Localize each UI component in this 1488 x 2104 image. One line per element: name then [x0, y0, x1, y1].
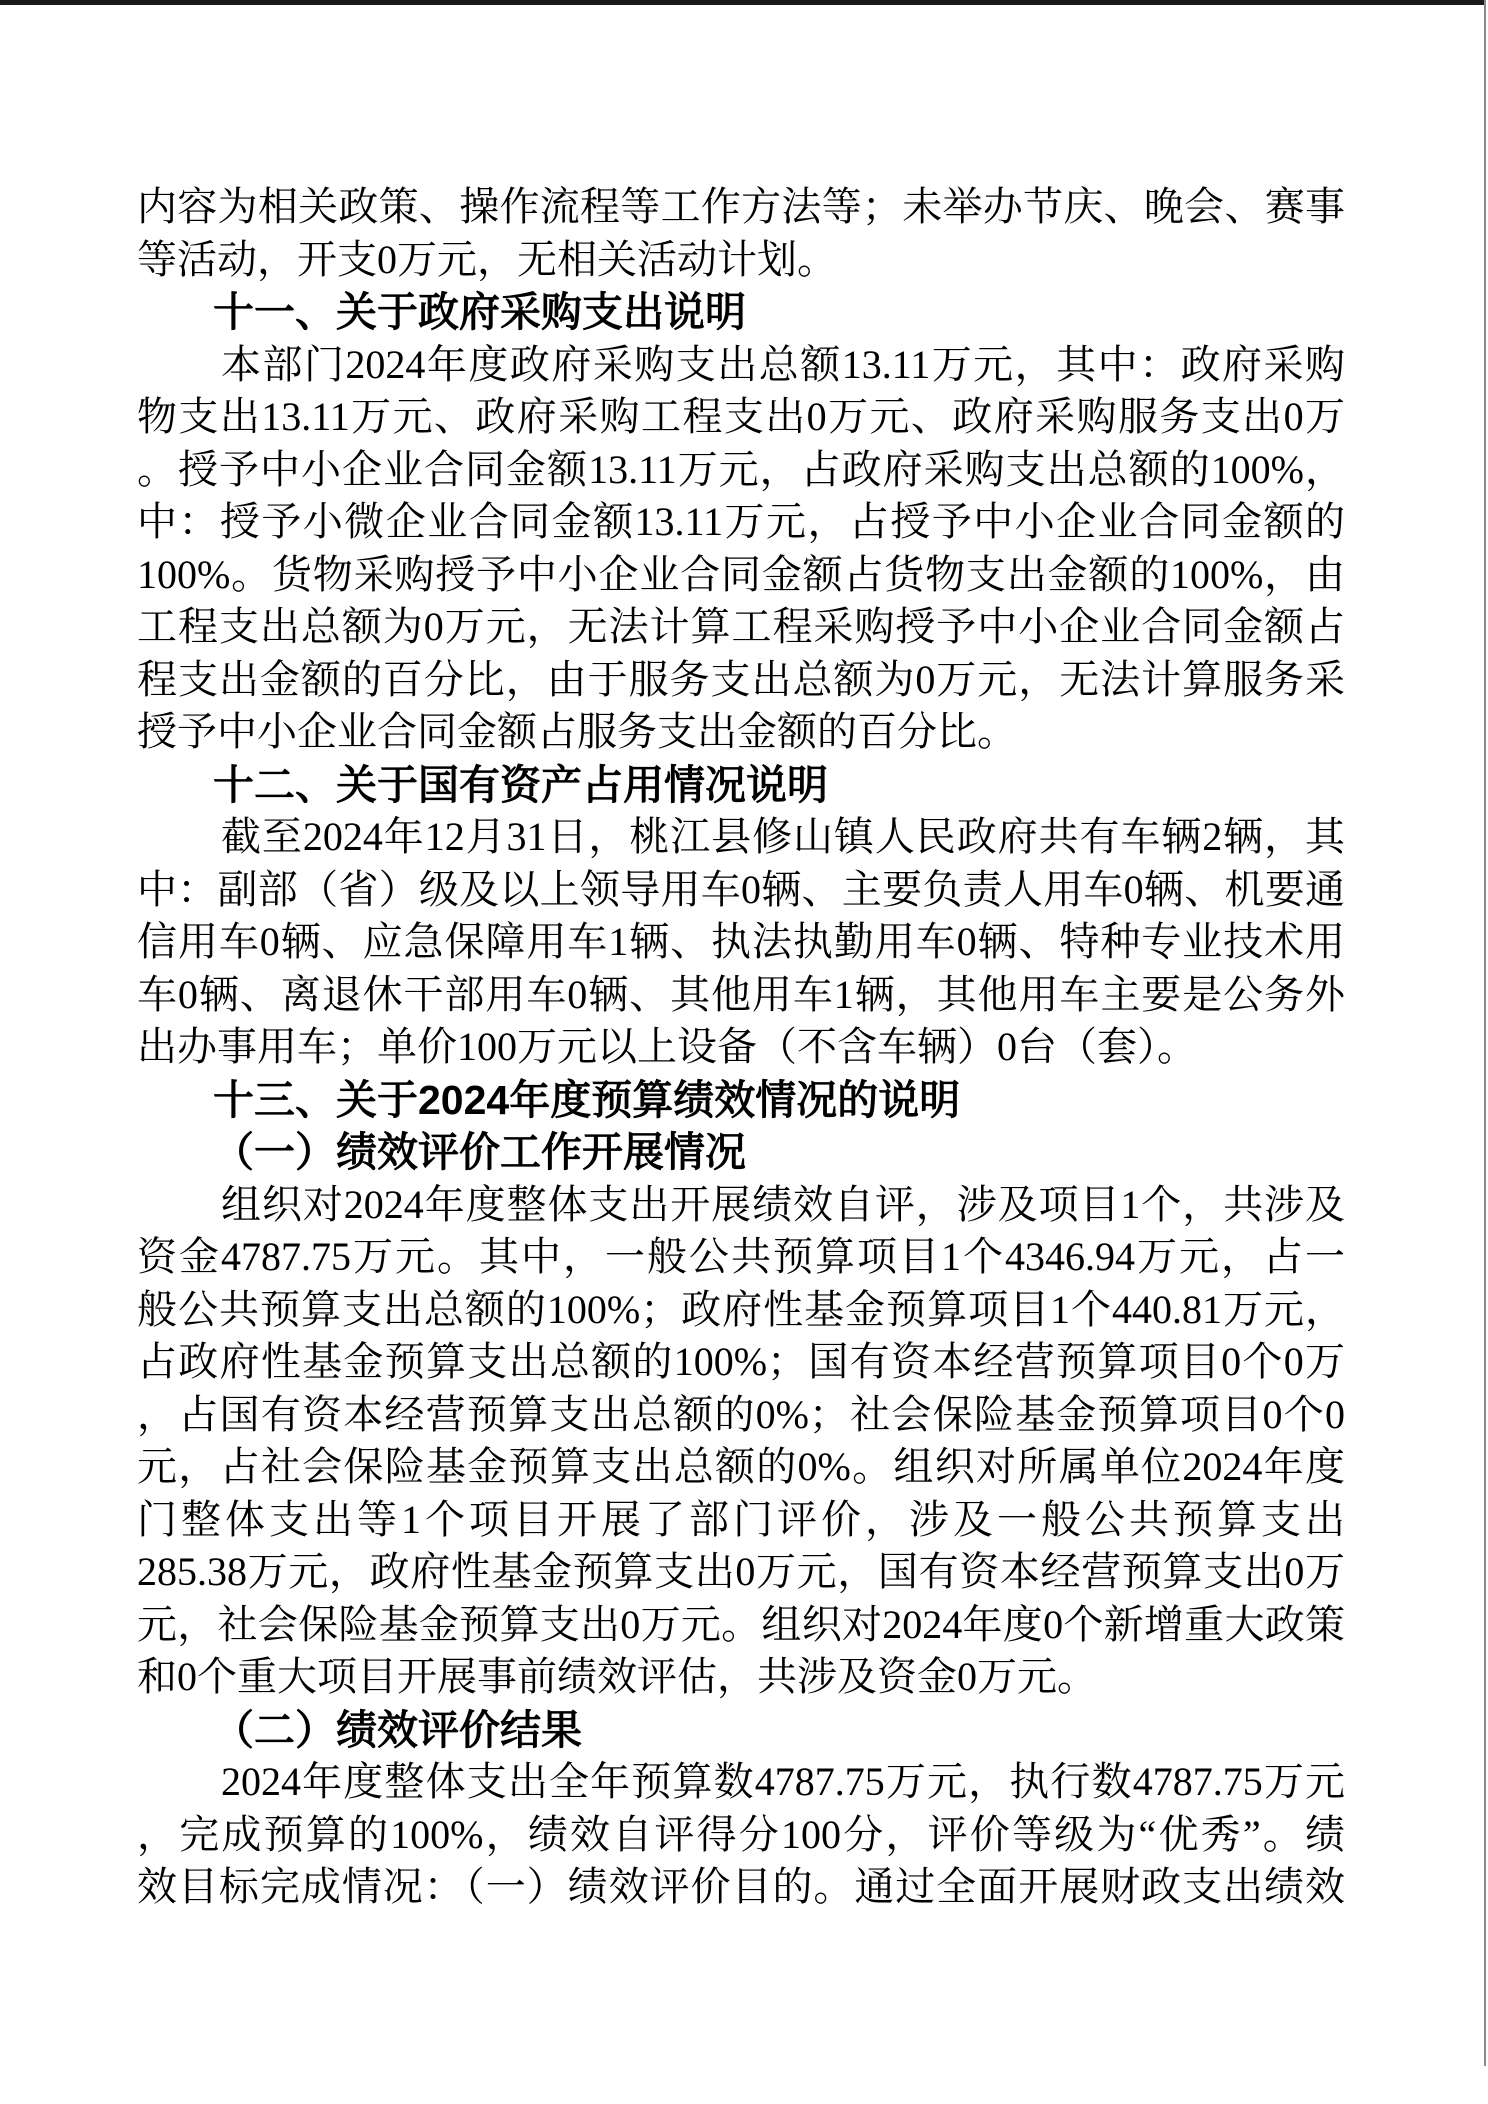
text-line: 出办事用车；单价100万元以上设备（不含车辆）0台（套）。 [137, 1021, 1345, 1074]
text-line: 信用车0辆、应急保障用车1辆、执法执勤用车0辆、特种专业技术用 [137, 916, 1345, 969]
text-line: 285.38万元，政府性基金预算支出0万元，国有资本经营预算支出0万 [137, 1546, 1345, 1599]
text-line: 中：授予小微企业合同金额13.11万元，占授予中小企业合同金额的 [137, 496, 1345, 549]
text-line: 门整体支出等1个项目开展了部门评价，涉及一般公共预算支出 [137, 1494, 1345, 1547]
section-heading: （二）绩效评价结果 [137, 1704, 1345, 1757]
text-line: 效目标完成情况：（一）绩效评价目的。通过全面开展财政支出绩效 [137, 1861, 1345, 1914]
section-heading: 十一、关于政府采购支出说明 [137, 286, 1345, 339]
right-edge-rule [1484, 0, 1486, 2066]
text-line: 和0个重大项目开展事前绩效评估，共涉及资金0万元。 [137, 1651, 1345, 1704]
text-line: 等活动，开支0万元，无相关活动计划。 [137, 234, 1345, 287]
text-line: 中：副部（省）级及以上领导用车0辆、主要负责人用车0辆、机要通 [137, 864, 1345, 917]
text-line: 组织对2024年度整体支出开展绩效自评，涉及项目1个，共涉及 [137, 1179, 1345, 1232]
text-line: 2024年度整体支出全年预算数4787.75万元，执行数4787.75万元 [137, 1756, 1345, 1809]
text-line: ，占国有资本经营预算支出总额的0%；社会保险基金预算项目0个0万 [137, 1389, 1345, 1442]
text-line: 工程支出总额为0万元，无法计算工程采购授予中小企业合同金额占工 [137, 601, 1345, 654]
text-line: 占政府性基金预算支出总额的100%；国有资本经营预算项目0个0万元 [137, 1336, 1345, 1389]
text-line: 元，社会保险基金预算支出0万元。组织对2024年度0个新增重大政策 [137, 1599, 1345, 1652]
section-heading: 十二、关于国有资产占用情况说明 [137, 759, 1345, 812]
text-line: 授予中小企业合同金额占服务支出金额的百分比。 [137, 706, 1345, 759]
text-line: 内容为相关政策、操作流程等工作方法等；未举办节庆、晚会、赛事 [137, 181, 1345, 234]
text-line: 元，占社会保险基金预算支出总额的0%。组织对所属单位2024年度部 [137, 1441, 1345, 1494]
text-line: 资金4787.75万元。其中，一般公共预算项目1个4346.94万元，占一 [137, 1231, 1345, 1284]
text-line: 本部门2024年度政府采购支出总额13.11万元，其中：政府采购货 [137, 339, 1345, 392]
document-page: 内容为相关政策、操作流程等工作方法等；未举办节庆、晚会、赛事 等活动，开支0万元… [0, 0, 1488, 2104]
text-line: 截至2024年12月31日，桃江县修山镇人民政府共有车辆2辆，其 [137, 811, 1345, 864]
top-edge-bar [0, 0, 1486, 5]
section-heading: 十三、关于2024年度预算绩效情况的说明 [137, 1074, 1345, 1127]
text-line: 。授予中小企业合同金额13.11万元，占政府采购支出总额的100%，其 [137, 444, 1345, 497]
text-line: 般公共预算支出总额的100%；政府性基金预算项目1个440.81万元， [137, 1284, 1345, 1337]
section-heading: （一）绩效评价工作开展情况 [137, 1126, 1345, 1179]
text-line: 车0辆、离退休干部用车0辆、其他用车1辆，其他用车主要是公务外 [137, 969, 1345, 1022]
text-line: 100%。货物采购授予中小企业合同金额占货物支出金额的100%，由于 [137, 549, 1345, 602]
document-text-block: 内容为相关政策、操作流程等工作方法等；未举办节庆、晚会、赛事 等活动，开支0万元… [137, 181, 1345, 1914]
text-line: ，完成预算的100%，绩效自评得分100分，评价等级为“优秀”。绩 [137, 1809, 1345, 1862]
text-line: 物支出13.11万元、政府采购工程支出0万元、政府采购服务支出0万元 [137, 391, 1345, 444]
text-line: 程支出金额的百分比，由于服务支出总额为0万元，无法计算服务采购 [137, 654, 1345, 707]
